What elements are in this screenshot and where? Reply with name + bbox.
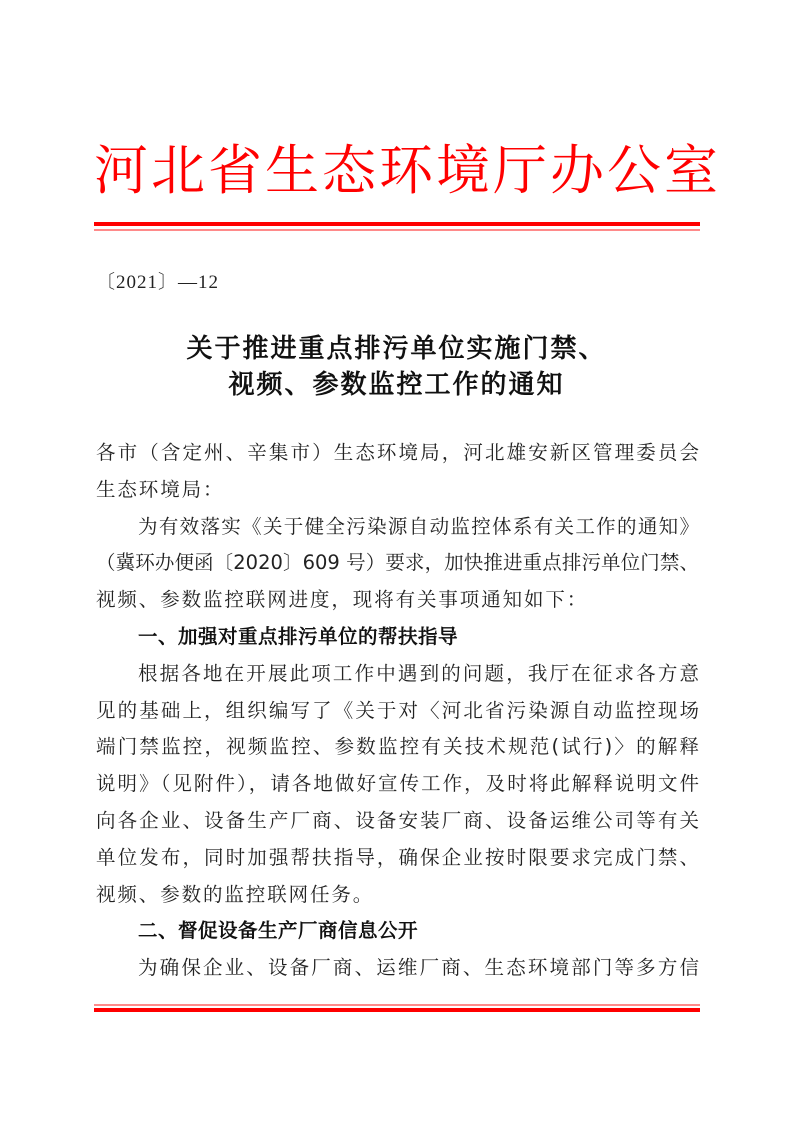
addressee-line-1: 各市（含定州、辛集市）生态环境局，河北雄安新区管理委员会: [96, 435, 699, 472]
intro-line-3: 视频、参数监控联网进度，现将有关事项通知如下：: [96, 582, 699, 619]
section-1-heading: 一、加强对重点排污单位的帮扶指导: [96, 619, 699, 656]
header-divider-thin: [94, 229, 700, 231]
section-1-line-4: 说明》（见附件），请各地做好宣传工作，及时将此解释说明文件: [96, 766, 699, 803]
footer-divider-thick: [94, 1008, 700, 1012]
intro-line-1: 为有效落实《关于健全污染源自动监控体系有关工作的通知》: [96, 509, 699, 546]
document-number: 〔2021〕—12: [96, 271, 219, 295]
header-divider-thick: [94, 222, 700, 226]
addressee-line-2: 生态环境局：: [96, 472, 699, 509]
document-page: 河北省生态环境厅办公室 〔2021〕—12 关于推进重点排污单位实施门禁、 视频…: [0, 0, 793, 1122]
document-title-line-1: 关于推进重点排污单位实施门禁、: [96, 331, 697, 367]
section-1-line-3: 端门禁监控，视频监控、参数监控有关技术规范(试行)〉的解释: [96, 729, 699, 766]
org-header-title: 河北省生态环境厅办公室: [94, 136, 700, 206]
section-1-line-1: 根据各地在开展此项工作中遇到的问题，我厅在征求各方意: [96, 656, 699, 693]
section-2-line-1: 为确保企业、设备厂商、运维厂商、生态环境部门等多方信: [96, 950, 699, 987]
section-2-heading: 二、督促设备生产厂商信息公开: [96, 913, 699, 950]
document-body: 各市（含定州、辛集市）生态环境局，河北雄安新区管理委员会 生态环境局： 为有效落…: [96, 435, 699, 987]
intro-line-2: （冀环办便函〔2020〕609 号）要求，加快推进重点排污单位门禁、: [96, 545, 699, 582]
document-title: 关于推进重点排污单位实施门禁、 视频、参数监控工作的通知: [96, 331, 697, 403]
section-1-line-2: 见的基础上，组织编写了《关于对〈河北省污染源自动监控现场: [96, 693, 699, 730]
footer-divider-thin: [94, 1004, 700, 1006]
document-title-line-2: 视频、参数监控工作的通知: [96, 367, 697, 403]
section-1-line-7: 视频、参数的监控联网任务。: [96, 877, 699, 914]
section-1-line-6: 单位发布，同时加强帮扶指导，确保企业按时限要求完成门禁、: [96, 840, 699, 877]
section-1-line-5: 向各企业、设备生产厂商、设备安装厂商、设备运维公司等有关: [96, 803, 699, 840]
